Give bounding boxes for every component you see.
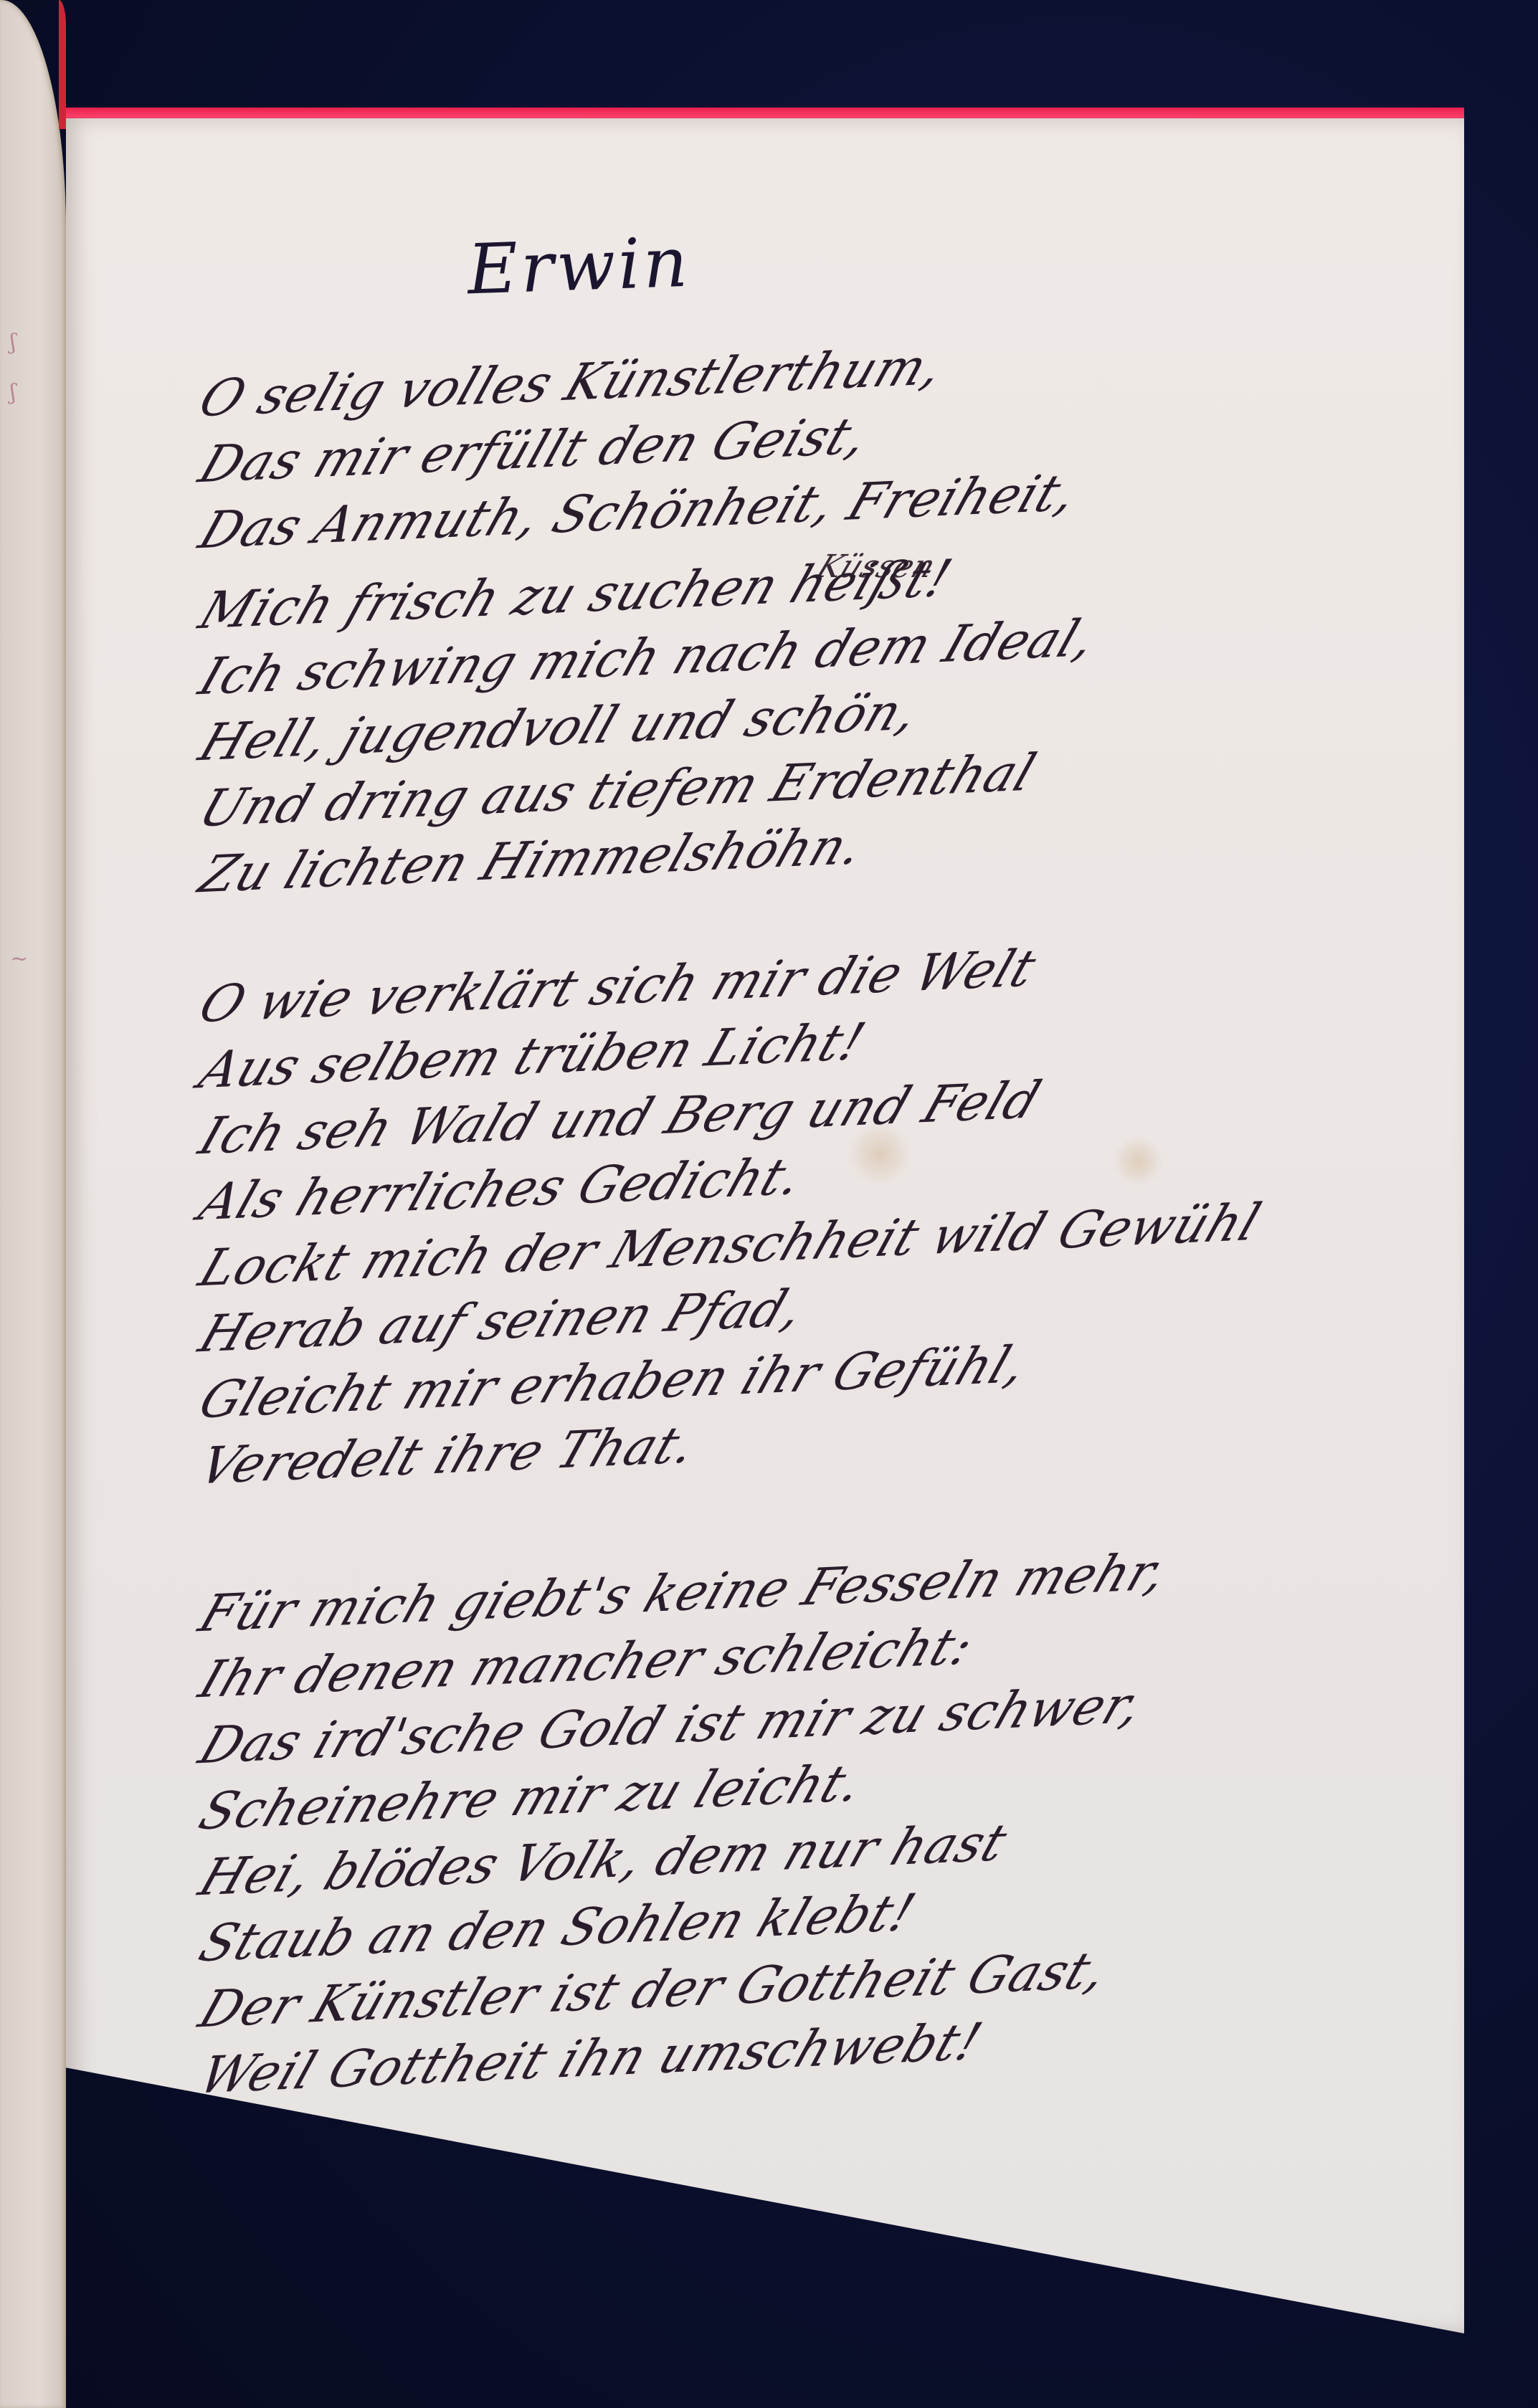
left-page-gilt-edge [59, 0, 66, 129]
bleed-through-mark: ʃ [10, 330, 16, 355]
stanza-2: O wie verklärt sich mir die Welt Aus sel… [202, 971, 1421, 1499]
page-content: Erwin Küssen O selig volles Künstlerthum… [66, 118, 1464, 2269]
bleed-through-mark: ~ [10, 946, 28, 971]
stanza-3: Für mich giebt's keine Fesseln mehr, Ihr… [202, 1581, 1421, 2108]
poem-title: Erwin [466, 222, 691, 310]
facing-left-page: ʃ ʃ ~ [0, 0, 66, 2408]
bleed-through-mark: ʃ [10, 380, 16, 405]
stanza-1: O selig volles Künstlerthum, Das mir erf… [202, 366, 1421, 908]
